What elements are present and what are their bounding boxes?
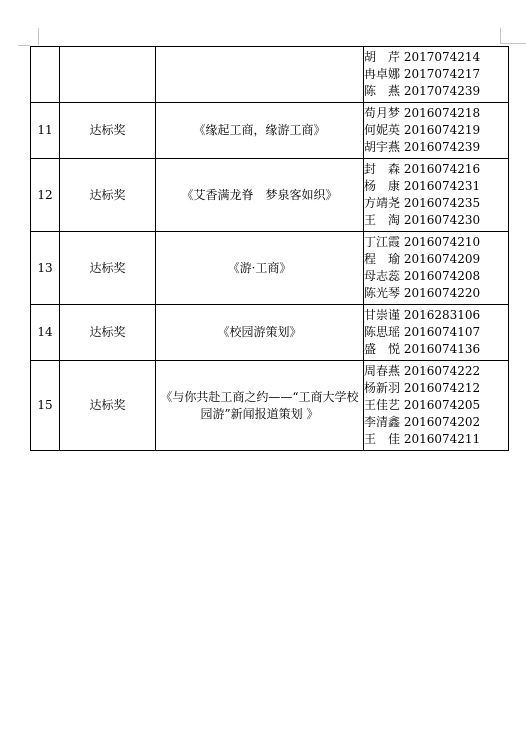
margin-mark-top-right-horizontal [500,43,526,44]
members-cell: 苟月梦 2016074218何妮英 2016074219胡宇燕 20160742… [364,103,509,159]
member-line: 程 瑜 2016074209 [364,251,508,268]
member-name: 杨新羽 [364,381,400,395]
members-cell: 甘崇谨 2016283106陈思瑶 2016074107盛 悦 20160741… [364,305,509,361]
title-cell: 《与你共赴工商之约——“工商大学校园游”新闻报道策划 》 [156,361,364,451]
members-cell: 丁江霞 2016074210程 瑜 2016074209母志蕊 20160742… [364,232,509,305]
member-name: 封 森 [364,162,400,176]
member-name: 盛 悦 [364,342,400,356]
member-name: 冉卓娜 [364,67,400,81]
member-id: 2016074219 [404,123,480,137]
award-cell: 达标奖 [60,103,156,159]
member-line: 胡 芹 2017074214 [364,49,508,66]
margin-mark-top-left-vertical [38,28,39,45]
member-id: 2016074136 [404,342,480,356]
award-cell [60,47,156,103]
row-number-cell [31,47,60,103]
member-id: 2016074239 [404,140,480,154]
member-id: 2016074202 [404,415,480,429]
award-cell: 达标奖 [60,305,156,361]
member-id: 2016074230 [404,213,480,227]
member-name: 王 佳 [364,432,400,446]
member-line: 封 森 2016074216 [364,161,508,178]
table-row: 14 达标奖 《校园游策划》 甘崇谨 2016283106陈思瑶 2016074… [31,305,509,361]
table-row: 13 达标奖 《游·工商》 丁江霞 2016074210程 瑜 20160742… [31,232,509,305]
member-line: 苟月梦 2016074218 [364,105,508,122]
member-line: 方靖尧 2016074235 [364,195,508,212]
member-name: 母志蕊 [364,269,400,283]
margin-mark-top-left-horizontal [18,45,30,46]
member-id: 2016074211 [404,432,480,446]
title-cell [156,47,364,103]
row-number-cell: 14 [31,305,60,361]
member-line: 王佳艺 2016074205 [364,397,508,414]
member-line: 陈 燕 2017074239 [364,83,508,100]
members-cell: 周春燕 2016074222杨新羽 2016074212王佳艺 20160742… [364,361,509,451]
member-name: 胡宇燕 [364,140,400,154]
member-id: 2016074208 [404,269,480,283]
member-id: 2016074107 [404,325,480,339]
member-id: 2016074231 [404,179,480,193]
member-id: 2017074217 [404,67,480,81]
member-line: 王 淘 2016074230 [364,212,508,229]
member-line: 冉卓娜 2017074217 [364,66,508,83]
title-cell: 《校园游策划》 [156,305,364,361]
member-line: 陈思瑶 2016074107 [364,324,508,341]
award-cell: 达标奖 [60,232,156,305]
member-line: 盛 悦 2016074136 [364,341,508,358]
member-id: 2017074214 [404,50,480,64]
member-name: 何妮英 [364,123,400,137]
member-id: 2016074205 [404,398,480,412]
member-id: 2016074220 [404,286,480,300]
member-line: 周春燕 2016074222 [364,363,508,380]
margin-mark-top-right-vertical [500,28,501,44]
member-id: 2016074212 [404,381,480,395]
member-name: 李清鑫 [364,415,400,429]
page-background: 胡 芹 2017074214冉卓娜 2017074217陈 燕 20170742… [0,0,526,755]
awards-table-body: 胡 芹 2017074214冉卓娜 2017074217陈 燕 20170742… [31,47,509,451]
member-name: 杨 康 [364,179,400,193]
table-row: 12 达标奖 《艾香满龙脊 梦泉客如织》 封 森 2016074216杨 康 2… [31,159,509,232]
member-id: 2017074239 [404,84,480,98]
member-line: 何妮英 2016074219 [364,122,508,139]
member-name: 王 淘 [364,213,400,227]
table-row: 胡 芹 2017074214冉卓娜 2017074217陈 燕 20170742… [31,47,509,103]
member-line: 甘崇谨 2016283106 [364,307,508,324]
row-number-cell: 15 [31,361,60,451]
member-name: 周春燕 [364,364,400,378]
member-name: 陈 燕 [364,84,400,98]
member-name: 程 瑜 [364,252,400,266]
member-line: 李清鑫 2016074202 [364,414,508,431]
member-id: 2016074235 [404,196,480,210]
award-cell: 达标奖 [60,159,156,232]
member-name: 陈光琴 [364,286,400,300]
member-name: 苟月梦 [364,106,400,120]
member-line: 陈光琴 2016074220 [364,285,508,302]
member-id: 2016074209 [404,252,480,266]
member-line: 王 佳 2016074211 [364,431,508,448]
member-name: 甘崇谨 [364,308,400,322]
title-cell: 《缘起工商，缘游工商》 [156,103,364,159]
row-number-cell: 12 [31,159,60,232]
member-line: 丁江霞 2016074210 [364,234,508,251]
member-line: 胡宇燕 2016074239 [364,139,508,156]
member-name: 胡 芹 [364,50,400,64]
member-line: 母志蕊 2016074208 [364,268,508,285]
title-cell: 《游·工商》 [156,232,364,305]
table-row: 15 达标奖 《与你共赴工商之约——“工商大学校园游”新闻报道策划 》 周春燕 … [31,361,509,451]
member-name: 丁江霞 [364,235,400,249]
member-id: 2016074218 [404,106,480,120]
awards-table: 胡 芹 2017074214冉卓娜 2017074217陈 燕 20170742… [30,46,509,451]
members-cell: 封 森 2016074216杨 康 2016074231方靖尧 20160742… [364,159,509,232]
member-line: 杨 康 2016074231 [364,178,508,195]
member-id: 2016074210 [404,235,480,249]
document-page: { "colors": { "background": "#ffffff", "… [0,0,526,755]
members-cell: 胡 芹 2017074214冉卓娜 2017074217陈 燕 20170742… [364,47,509,103]
title-cell: 《艾香满龙脊 梦泉客如织》 [156,159,364,232]
table-row: 11 达标奖 《缘起工商，缘游工商》 苟月梦 2016074218何妮英 201… [31,103,509,159]
member-id: 2016074216 [404,162,480,176]
member-name: 王佳艺 [364,398,400,412]
member-id: 2016283106 [404,308,480,322]
member-name: 方靖尧 [364,196,400,210]
member-name: 陈思瑶 [364,325,400,339]
row-number-cell: 13 [31,232,60,305]
row-number-cell: 11 [31,103,60,159]
member-id: 2016074222 [404,364,480,378]
member-line: 杨新羽 2016074212 [364,380,508,397]
award-cell: 达标奖 [60,361,156,451]
